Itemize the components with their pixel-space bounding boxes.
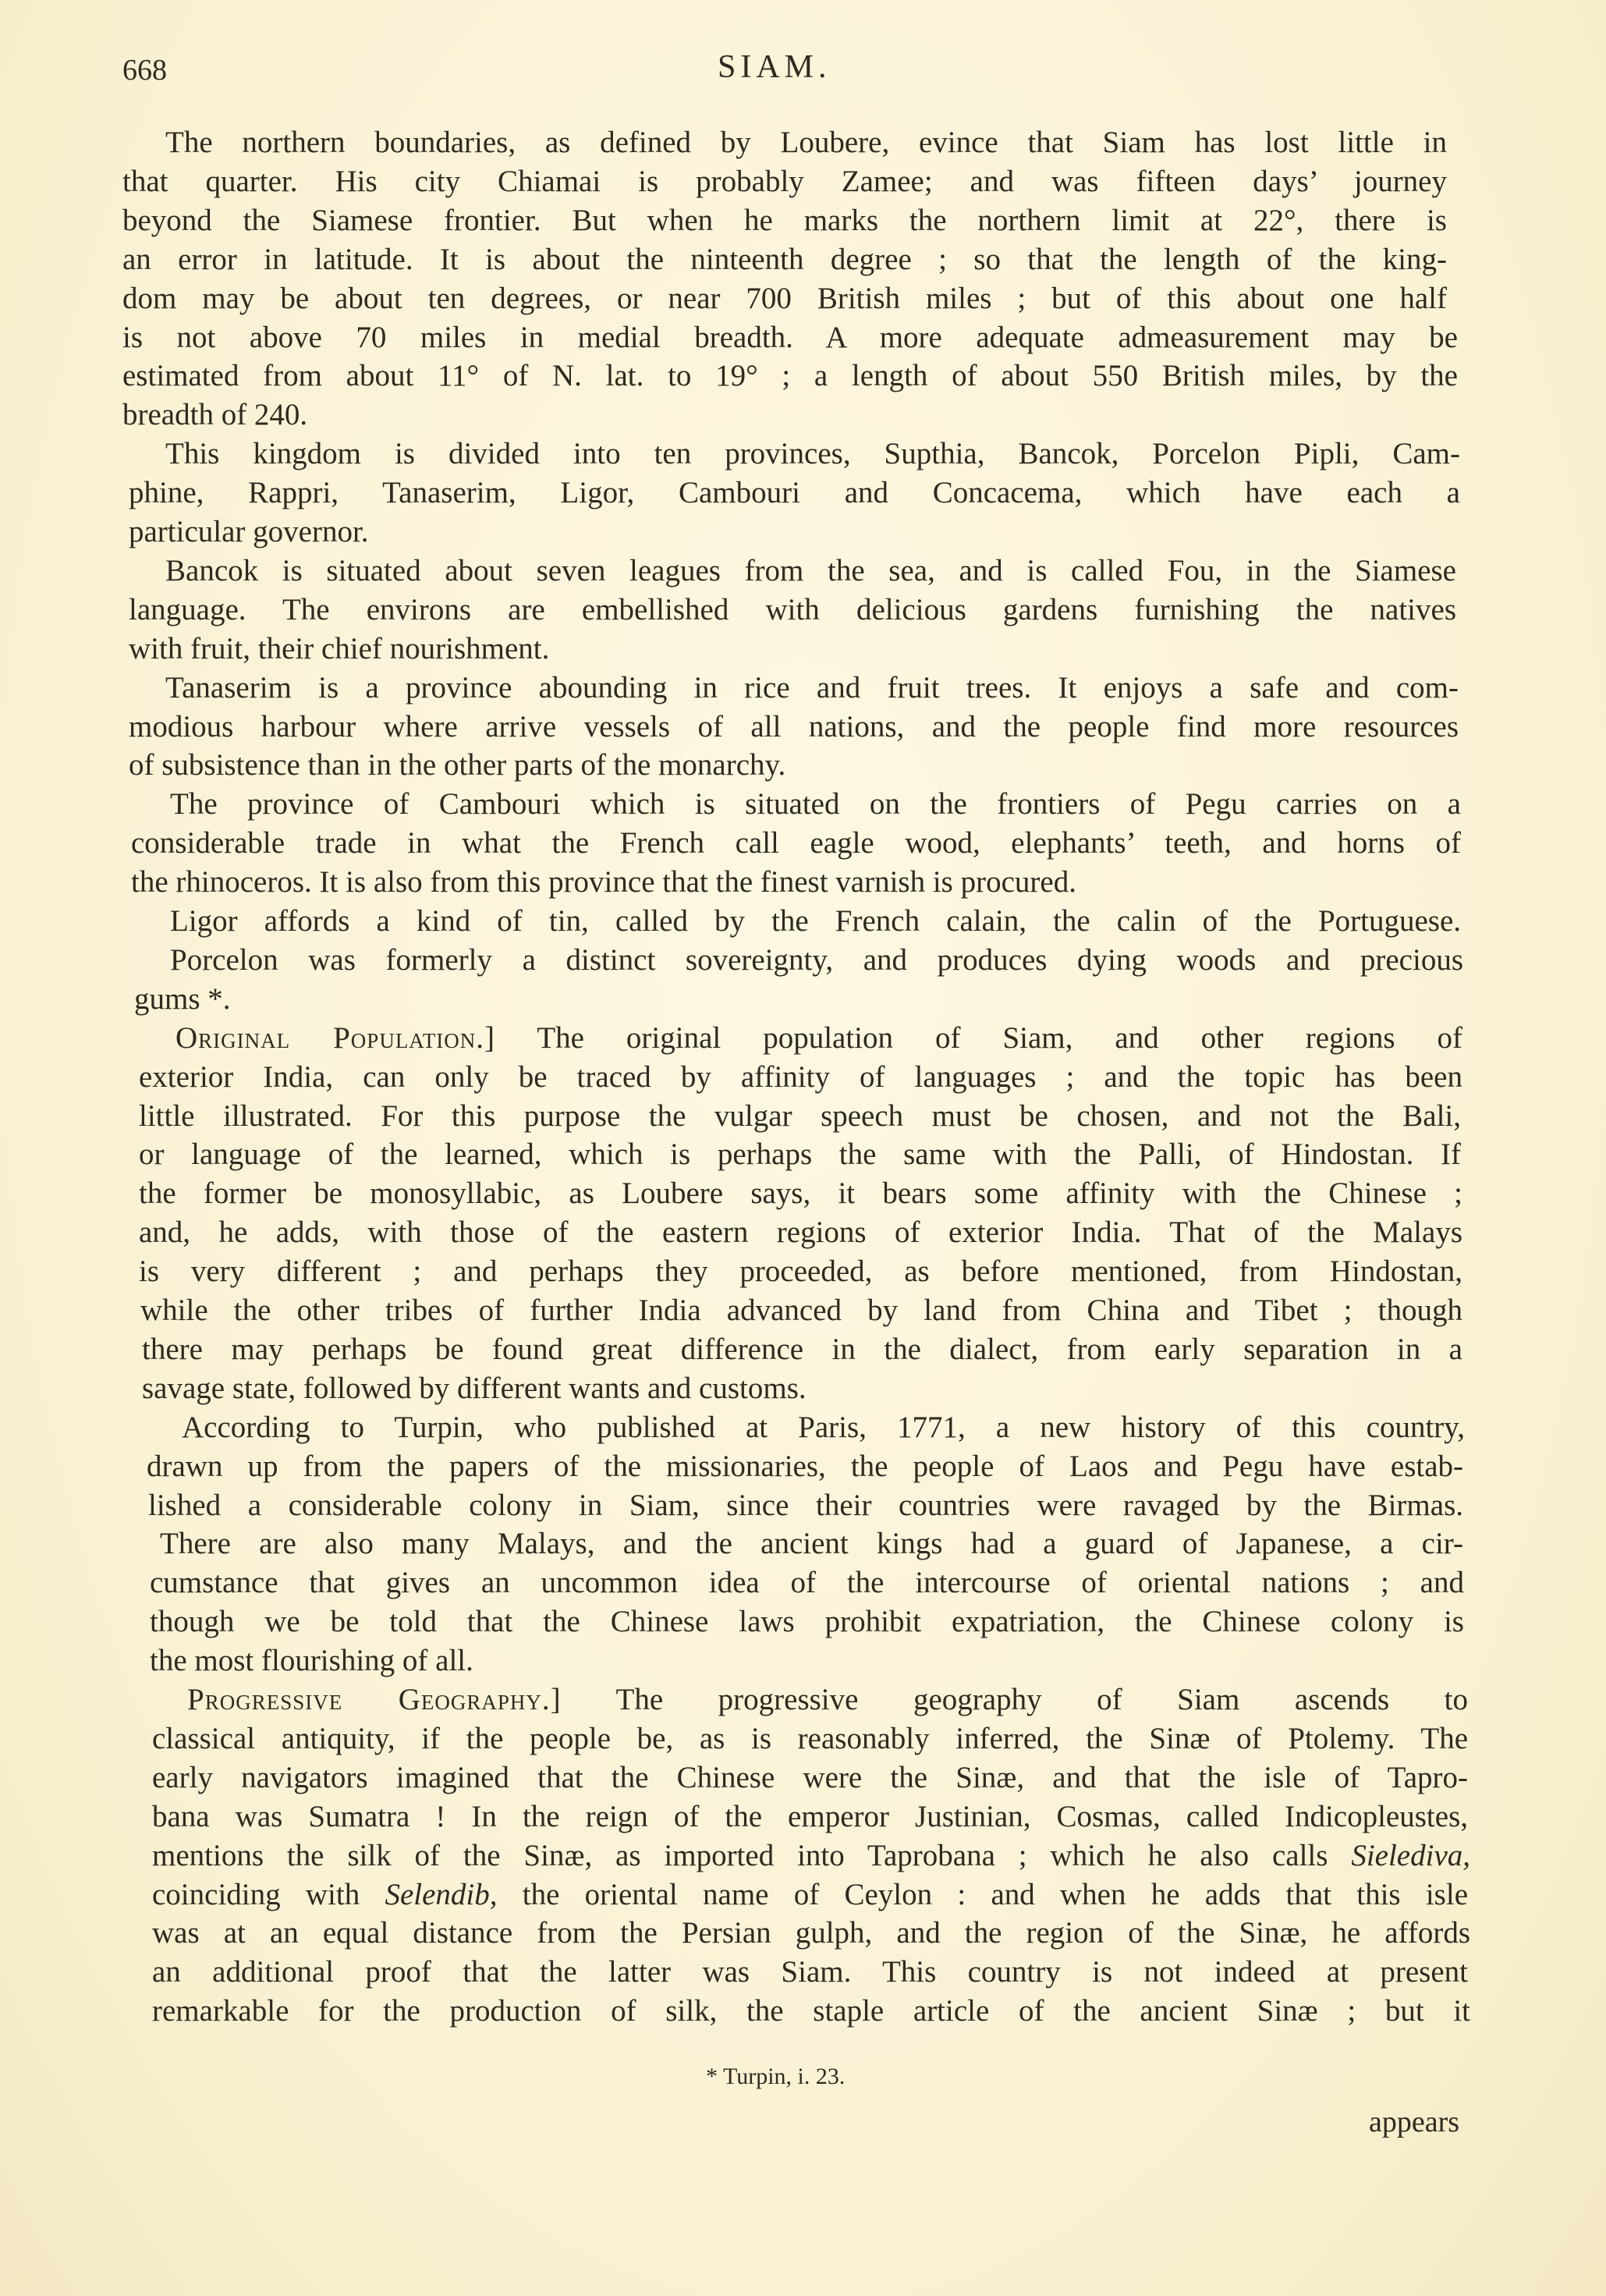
section-heading: Progressive Geography.] — [187, 1683, 562, 1716]
text-line: The province of Cambouri which is situat… — [170, 785, 1461, 824]
text-line: considerable trade in what the French ca… — [131, 824, 1461, 863]
catchword: appears — [1369, 2105, 1459, 2139]
text-line: while the other tribes of further India … — [140, 1291, 1462, 1330]
text-line: beyond the Siamese frontier. But when he… — [122, 201, 1447, 240]
section-heading: Original Population.] — [175, 1021, 495, 1055]
text-line: early navigators imagined that the Chine… — [152, 1758, 1468, 1797]
text-line: modious harbour where arrive vessels of … — [129, 708, 1459, 747]
text-line: was at an equal distance from the Persia… — [152, 1914, 1470, 1953]
text-line: Original Population.] The original popul… — [175, 1019, 1462, 1058]
text-line: the most flourishing of all. — [150, 1641, 473, 1680]
text-line: lished a considerable colony in Siam, si… — [148, 1486, 1463, 1525]
text-line: language. The environs are embellished w… — [129, 591, 1456, 630]
text-line: is not above 70 miles in medial breadth.… — [122, 318, 1458, 357]
text-line: that quarter. His city Chiamai is probab… — [122, 162, 1447, 201]
text-line: estimated from about 11° of N. lat. to 1… — [122, 357, 1458, 396]
text-line: gums *. — [134, 980, 231, 1019]
text-line: mentions the silk of the Sinæ, as import… — [152, 1836, 1470, 1875]
text-line: breadth of 240. — [122, 396, 307, 435]
text-line: there may perhaps be found great differe… — [142, 1330, 1462, 1369]
text-line: little illustrated. For this purpose the… — [139, 1097, 1461, 1136]
text-line: classical antiquity, if the people be, a… — [152, 1719, 1468, 1758]
text-line: According to Turpin, who published at Pa… — [182, 1408, 1465, 1447]
text-line: of subsistence than in the other parts o… — [129, 746, 785, 785]
text-line: an additional proof that the latter was … — [152, 1953, 1468, 1992]
text-line: particular governor. — [129, 513, 369, 552]
text-line: Porcelon was formerly a distinct soverei… — [170, 941, 1463, 980]
text-line: There are also many Malays, and the anci… — [160, 1524, 1463, 1563]
text-line: bana was Sumatra ! In the reign of the e… — [152, 1797, 1468, 1836]
page-number: 668 — [122, 53, 167, 87]
text-line: dom may be about ten degrees, or near 70… — [122, 279, 1447, 318]
text-line: though we be told that the Chinese laws … — [150, 1602, 1464, 1641]
text-line: an error in latitude. It is about the ni… — [122, 240, 1447, 279]
text-line: drawn up from the papers of the missiona… — [147, 1447, 1463, 1486]
text-line: with fruit, their chief nourishment. — [129, 630, 549, 669]
text-line: is very different ; and perhaps they pro… — [139, 1252, 1462, 1291]
text-line: phine, Rappri, Tanaserim, Ligor, Cambour… — [129, 474, 1460, 513]
text-line: Progressive Geography.] The progressive … — [187, 1680, 1468, 1719]
text-line: cumstance that gives an uncommon idea of… — [150, 1563, 1464, 1602]
text-line: the former be monosyllabic, as Loubere s… — [139, 1174, 1462, 1213]
text-line: Tanaserim is a province abounding in ric… — [165, 669, 1459, 708]
text-line: Ligor affords a kind of tin, called by t… — [170, 902, 1461, 941]
text-line: and, he adds, with those of the eastern … — [139, 1213, 1462, 1252]
footnote: * Turpin, i. 23. — [706, 2064, 845, 2090]
running-head: SIAM. — [718, 48, 831, 86]
text-line: or language of the learned, which is per… — [139, 1135, 1461, 1174]
text-line: savage state, followed by different want… — [142, 1369, 807, 1408]
text-line: exterior India, can only be traced by af… — [139, 1058, 1462, 1097]
text-line: The northern boundaries, as defined by L… — [165, 123, 1447, 162]
text-line: This kingdom is divided into ten provinc… — [165, 435, 1460, 474]
text-line: the rhinoceros. It is also from this pro… — [131, 863, 1076, 902]
text-line: remarkable for the production of silk, t… — [152, 1992, 1470, 2031]
text-line: Bancok is situated about seven leagues f… — [165, 552, 1456, 591]
text-line: coinciding with Selendib, the oriental n… — [152, 1875, 1468, 1915]
